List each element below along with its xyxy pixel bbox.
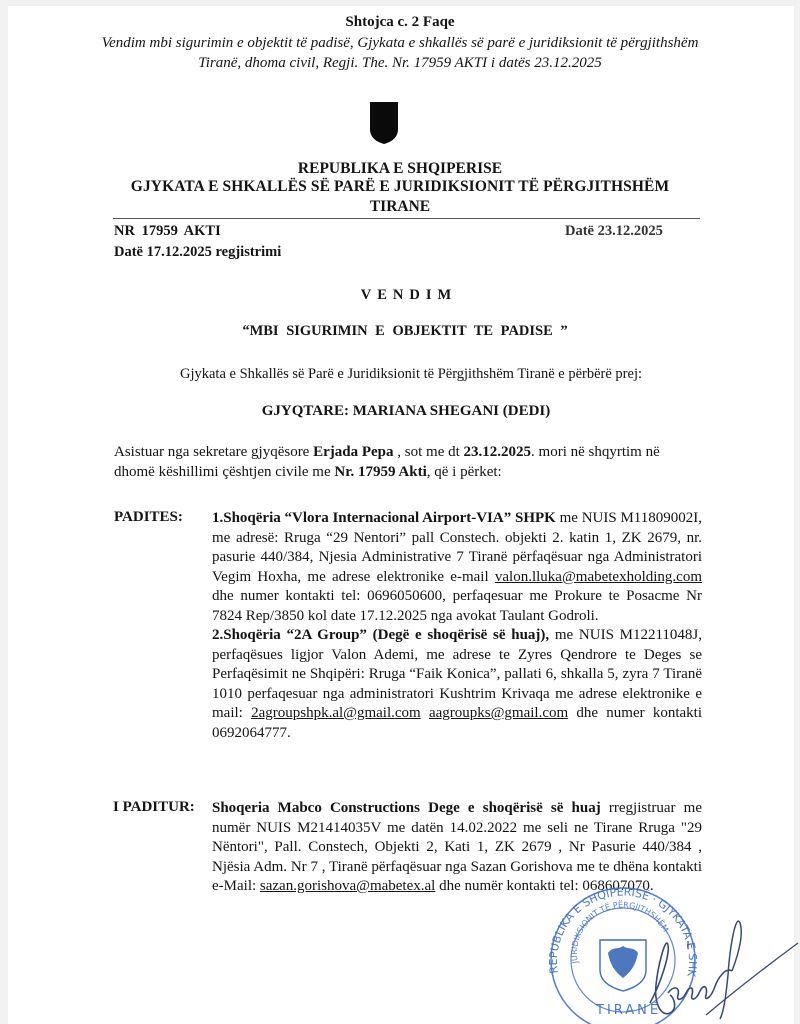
republic-heading: REPUBLIKA E SHQIPERISE <box>0 160 800 178</box>
defendant-label: I PADITUR: <box>113 799 195 816</box>
session-date: 23.12.2025 <box>464 444 532 460</box>
decision-subject: “MBI SIGURIMIN E OBJEKTIT TE PADISE ” <box>0 323 800 340</box>
annex-subtitle-line2: Tiranë, dhoma civil, Regji. The. Nr. 179… <box>0 53 800 73</box>
handwritten-signature-icon <box>640 915 800 1024</box>
plaintiff-1-email-link[interactable]: valon.lluka@mabetexholding.com <box>495 569 702 585</box>
plaintiff-2-email-link[interactable]: 2agroupshpk.al@gmail.com <box>251 705 421 721</box>
plaintiff-1-name: 1.Shoqëria “Vlora Internacional Airport-… <box>212 510 556 526</box>
defendant-email-link[interactable]: sazan.gorishova@mabetex.al <box>260 878 435 894</box>
plaintiffs-details: 1.Shoqëria “Vlora Internacional Airport-… <box>212 509 702 743</box>
plaintiff-2-name: 2.Shoqëria “2A Group” (Degë e shoqërisë … <box>212 627 549 643</box>
separator <box>421 705 429 721</box>
court-heading: GJYKATA E SHKALLËS SË PARË E JURIDIKSION… <box>0 178 800 196</box>
shield-emblem-icon <box>369 101 399 145</box>
case-reference: Nr. 17959 Akti <box>334 464 426 480</box>
annex-title: Shtojca c. 2 Faqe <box>0 14 800 31</box>
judge-name: GJYQTARE: MARIANA SHEGANI (DEDI) <box>0 403 800 420</box>
intro-text: Asistuar nga sekretare gjyqësore <box>114 444 313 460</box>
header-divider <box>113 218 700 219</box>
plaintiffs-label: PADITES: <box>114 509 183 526</box>
plaintiff-1-text: dhe numer kontakti tel: 0696050600, perf… <box>212 588 702 624</box>
court-composition: Gjykata e Shkallës së Parë e Juridiksion… <box>0 366 800 383</box>
secretary-name: Erjada Pepa <box>313 444 393 460</box>
city-heading: TIRANE <box>0 198 800 216</box>
intro-text: , që i përket: <box>427 464 502 480</box>
registration-date: Datë 17.12.2025 regjistrimi <box>114 244 281 261</box>
case-number: NR 17959 AKTI <box>114 223 221 240</box>
decision-title: VENDIM <box>0 287 800 304</box>
decision-date: Datë 23.12.2025 <box>565 223 663 240</box>
defendant-name: Shoqeria Mabco Constructions Dege e shoq… <box>212 800 601 816</box>
intro-text: , sot me dt <box>394 444 464 460</box>
plaintiff-2-email-link-2[interactable]: aagroupks@gmail.com <box>429 705 568 721</box>
intro-paragraph: Asistuar nga sekretare gjyqësore Erjada … <box>114 443 704 482</box>
annex-subtitle-line1: Vendim mbi sigurimin e objektit të padis… <box>0 33 800 53</box>
